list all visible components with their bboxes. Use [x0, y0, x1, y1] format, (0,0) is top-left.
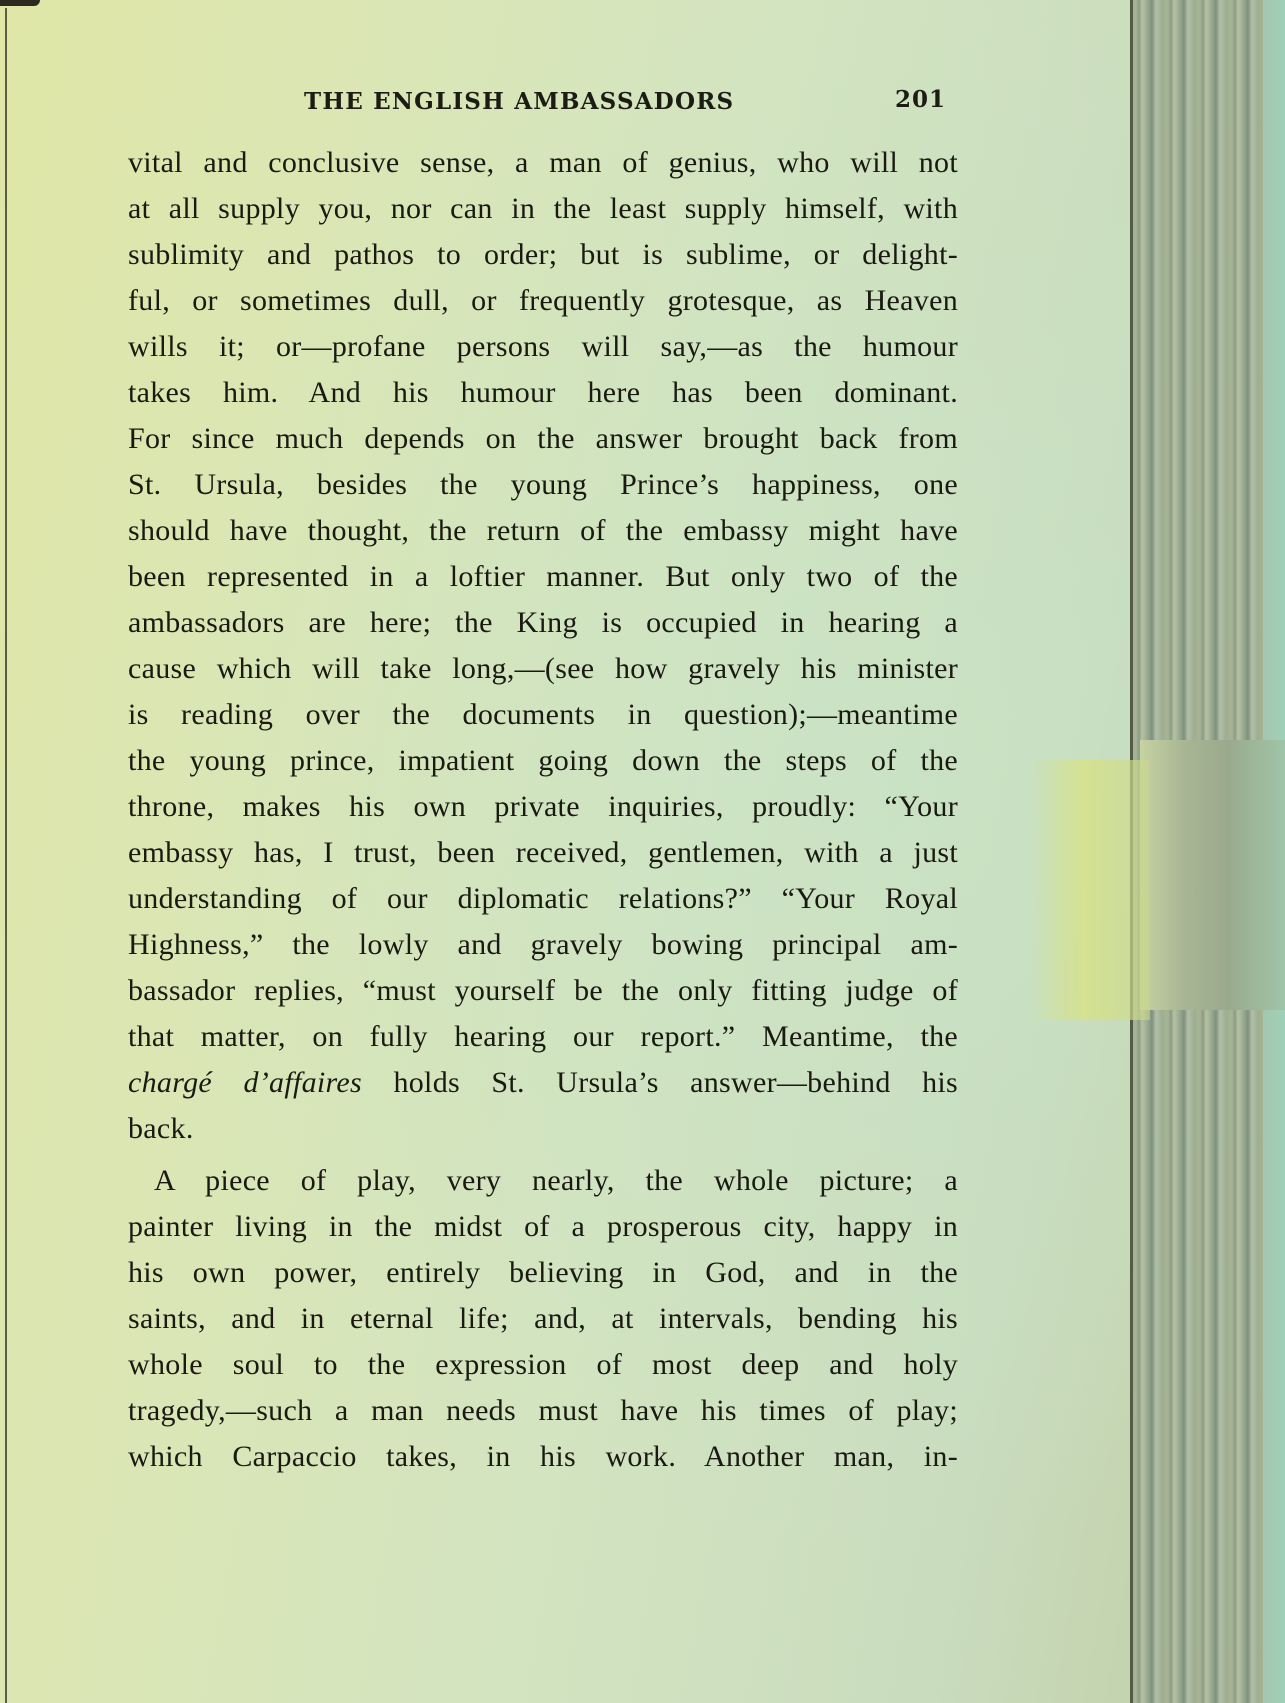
page-corner-shadow	[0, 0, 40, 6]
page-number: 201	[895, 86, 946, 113]
text-line: vital and conclusive sense, a man of gen…	[128, 140, 958, 186]
text-line: embassy has, I trust, been received, gen…	[128, 830, 958, 876]
body-text: vital and conclusive sense, a man of gen…	[128, 140, 958, 1480]
text-line: the young prince, impatient going down t…	[128, 738, 958, 784]
text-line: cause which will take long,—(see how gra…	[128, 646, 958, 692]
text-line: which Carpaccio takes, in his work. Anot…	[128, 1434, 958, 1480]
text-line: should have thought, the return of the e…	[128, 508, 958, 554]
text-line: A piece of play, very nearly, the whole …	[128, 1158, 958, 1204]
paragraph-1: vital and conclusive sense, a man of gen…	[128, 140, 958, 1152]
text-line: is reading over the documents in questio…	[128, 692, 958, 738]
text-line: whole soul to the expression of most dee…	[128, 1342, 958, 1388]
text-line: ambassadors are here; the King is occupi…	[128, 600, 958, 646]
text-line: at all supply you, nor can in the least …	[128, 186, 958, 232]
text-line: takes him. And his humour here has been …	[128, 370, 958, 416]
light-glare	[1030, 760, 1150, 1020]
text-line: that matter, on fully hearing our report…	[128, 1014, 958, 1060]
text-line: ful, or sometimes dull, or frequently gr…	[128, 278, 958, 324]
text-line: painter living in the midst of a prosper…	[128, 1204, 958, 1250]
text-line: his own power, entirely believing in God…	[128, 1250, 958, 1296]
text-line: throne, makes his own private inquiries,…	[128, 784, 958, 830]
text-line: been represented in a loftier manner. Bu…	[128, 554, 958, 600]
text-line: saints, and in eternal life; and, at int…	[128, 1296, 958, 1342]
text-line: sublimity and pathos to order; but is su…	[128, 232, 958, 278]
paragraph-2: A piece of play, very nearly, the whole …	[128, 1158, 958, 1480]
text-line: back.	[128, 1106, 958, 1152]
text-line: tragedy,—such a man needs must have his …	[128, 1388, 958, 1434]
text-line: wills it; or—profane persons will say,—a…	[128, 324, 958, 370]
page-header: THE ENGLISH AMBASSADORS 201	[0, 86, 1140, 126]
text-line: For since much depends on the answer bro…	[128, 416, 958, 462]
text-line: Highness,” the lowly and gravely bowing …	[128, 922, 958, 968]
text-line: bassador replies, “must yourself be the …	[128, 968, 958, 1014]
book-page: THE ENGLISH AMBASSADORS 201 vital and co…	[0, 0, 1140, 1703]
text-line-italic: chargé d’affaires holds St. Ursula’s ans…	[128, 1060, 958, 1106]
running-head: THE ENGLISH AMBASSADORS	[304, 88, 734, 115]
page-edges-blur	[1140, 740, 1285, 1010]
italic-phrase: chargé d’affaires	[128, 1066, 362, 1099]
text-line: St. Ursula, besides the young Prince’s h…	[128, 462, 958, 508]
text-line: understanding of our diplomatic relation…	[128, 876, 958, 922]
text-line-rest: holds St. Ursula’s answer—behind his	[393, 1066, 958, 1099]
